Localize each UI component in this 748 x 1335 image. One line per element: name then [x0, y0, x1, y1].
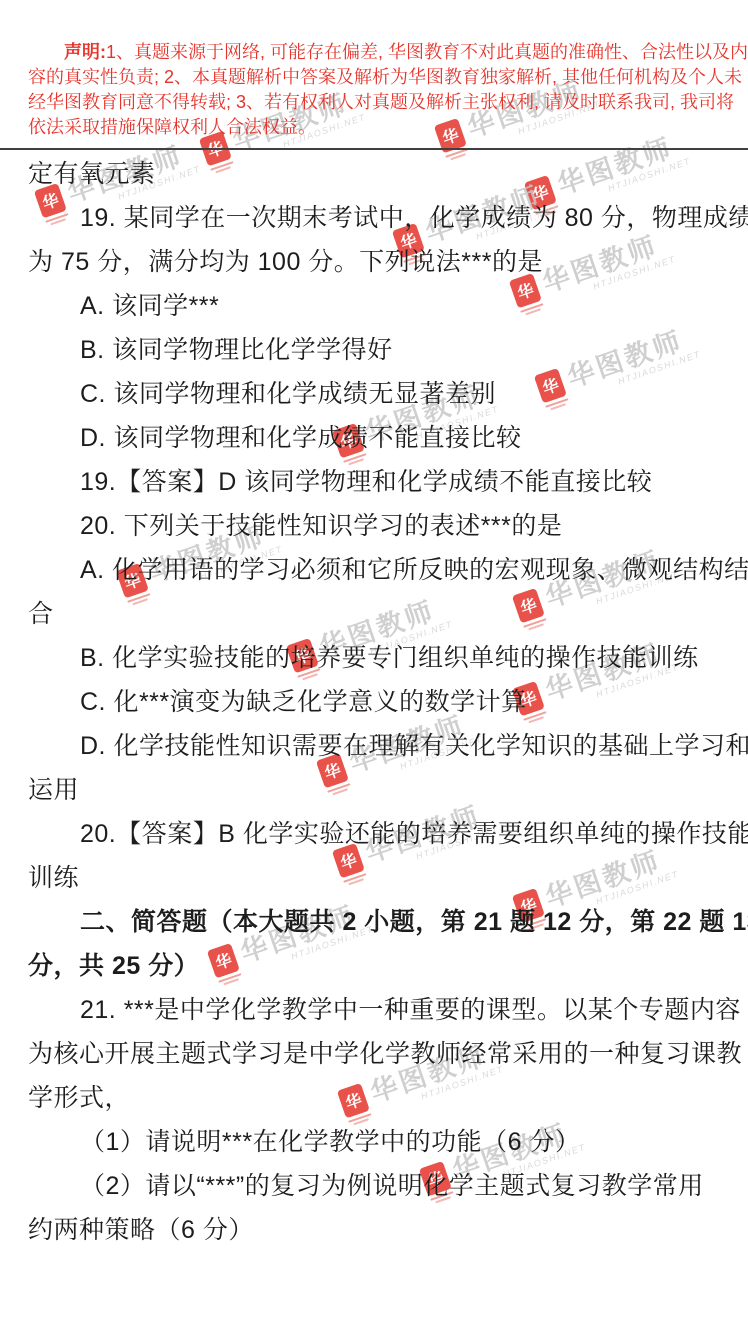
text-line: （2）请以“***”的复习为例说明化学主题式复习教学常用 [28, 1164, 720, 1208]
text-line: C. 化***演变为缺乏化学意义的数学计算 [28, 680, 720, 724]
text-line: 20.【答案】B 化学实验还能的培养需要组织单纯的操作技能 [28, 812, 720, 856]
text-line: 分，共 25 分） [28, 944, 720, 988]
text-line: 定有氧元素 [28, 152, 720, 196]
disclaimer-block: 声明:1、真题来源于网络, 可能存在偏差, 华图教育不对此真题的准确性、合法性以… [0, 40, 748, 140]
text-line: D. 该同学物理和化学成绩不能直接比较 [28, 416, 720, 460]
text-line: 学形式， [28, 1076, 720, 1120]
text-line: 为核心开展主题式学习是中学化学教师经常采用的一种复习课教 [28, 1032, 720, 1076]
text-line: 20. 下列关于技能性知识学习的表述***的是 [28, 504, 720, 548]
text-line: 21. ***是中学化学教学中一种重要的课型。以某个专题内容 [28, 988, 720, 1032]
text-line: 训练 [28, 856, 720, 900]
text-line: 运用 [28, 768, 720, 812]
text-line: 二、简答题（本大题共 2 小题，第 21 题 12 分，第 22 题 13 [28, 900, 720, 944]
document-body: 定有氧元素19. 某同学在一次期末考试中，化学成绩为 80 分，物理成绩为 75… [0, 152, 748, 1252]
text-line: B. 化学实验技能的培养要专门组织单纯的操作技能训练 [28, 636, 720, 680]
text-line: A. 化学用语的学习必须和它所反映的宏观现象、微观结构结 [28, 548, 720, 592]
text-line: 19.【答案】D 该同学物理和化学成绩不能直接比较 [28, 460, 720, 504]
divider-line [0, 148, 748, 150]
text-line: 约两种策略（6 分） [28, 1208, 720, 1252]
disclaimer-line: 经华图教育同意不得转载; 3、若有权利人对真题及解析主张权利, 请及时联系我司,… [28, 90, 720, 115]
text-line: D. 化学技能性知识需要在理解有关化学知识的基础上学习和 [28, 724, 720, 768]
text-line: 合 [28, 592, 720, 636]
text-line: 为 75 分，满分均为 100 分。下列说法***的是 [28, 240, 720, 284]
disclaimer-line: 容的真实性负责; 2、本真题解析中答案及解析为华图教育独家解析, 其他任何机构及… [28, 65, 720, 90]
disclaimer-label: 声明: [64, 42, 106, 62]
text-line: C. 该同学物理和化学成绩无显著差别 [28, 372, 720, 416]
disclaimer-line: 声明:1、真题来源于网络, 可能存在偏差, 华图教育不对此真题的准确性、合法性以… [28, 40, 720, 65]
disclaimer-line: 依法采取措施保障权利人合法权益。 [28, 115, 720, 140]
text-line: 19. 某同学在一次期末考试中，化学成绩为 80 分，物理成绩 [28, 196, 720, 240]
document-page: 华华图教师HTJIAOSHI.NET华华图教师HTJIAOSHI.NET华华图教… [0, 0, 748, 1335]
text-line: B. 该同学物理比化学学得好 [28, 328, 720, 372]
text-line: A. 该同学*** [28, 284, 720, 328]
text-line: （1）请说明***在化学教学中的功能（6 分） [28, 1120, 720, 1164]
